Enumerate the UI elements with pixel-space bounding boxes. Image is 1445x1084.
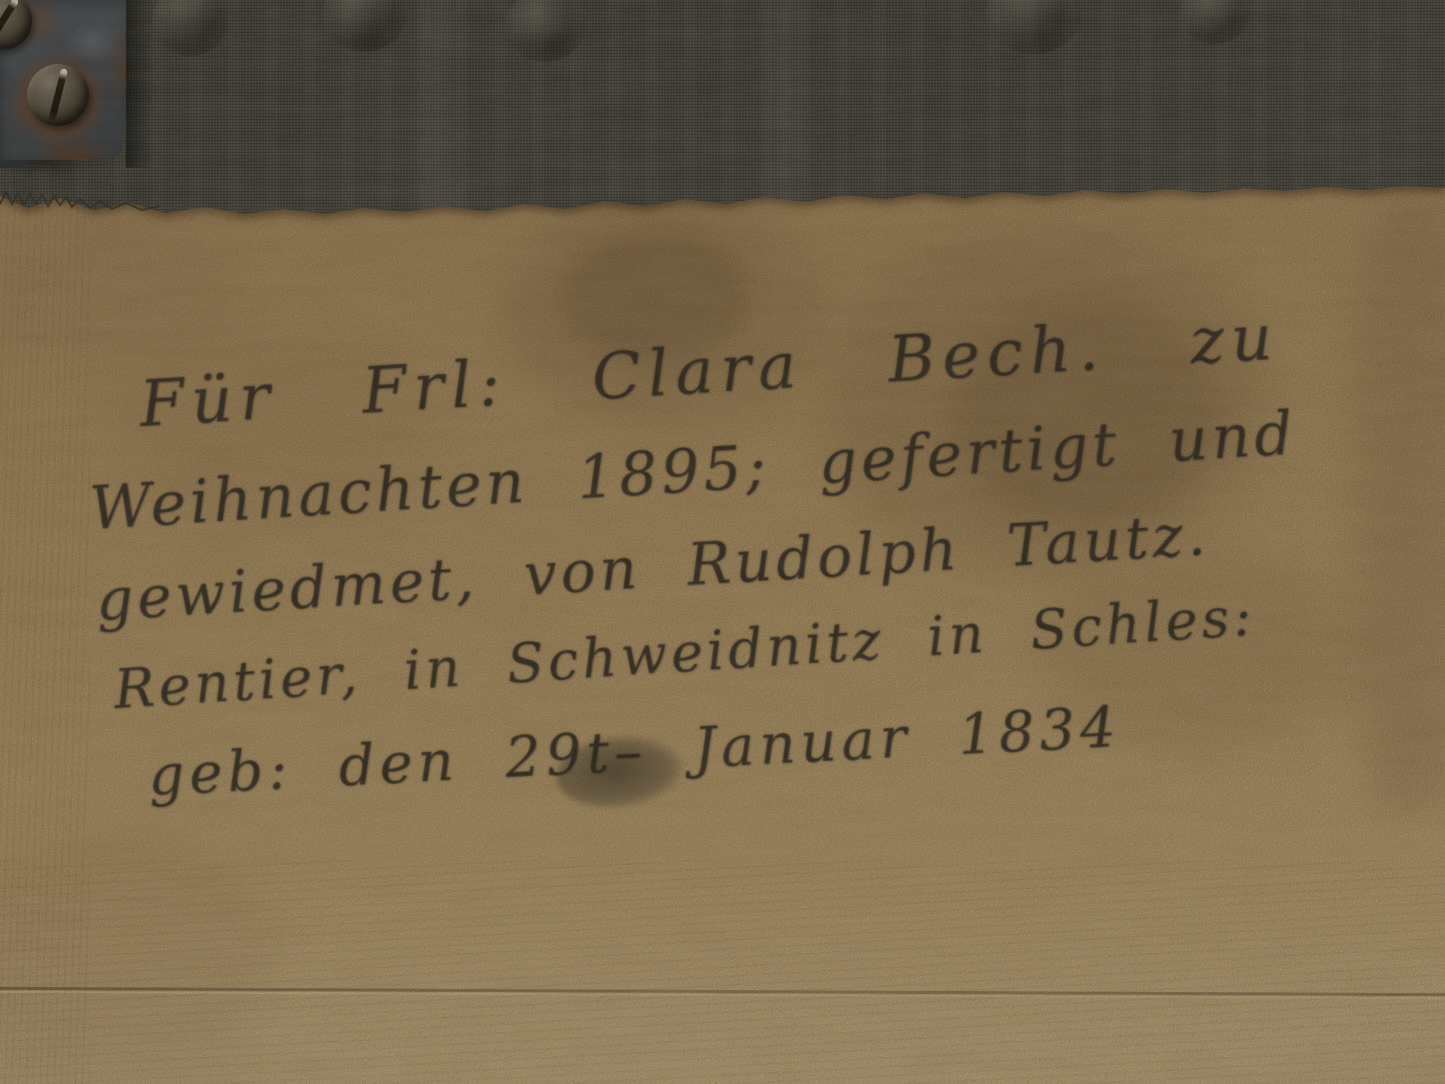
fabric-bump <box>985 0 1081 54</box>
canvas-fabric-band <box>0 0 1445 240</box>
canvas-fabric-weave <box>0 0 1445 240</box>
screw-head <box>27 64 89 126</box>
fabric-sheen <box>408 0 468 240</box>
screw-slot <box>48 68 68 123</box>
photo-of-inscription-label: Für Frl: Clara Bech. zu Weihnachten 1895… <box>0 0 1445 1084</box>
fabric-bump <box>505 0 585 62</box>
paper-bottom-texture <box>0 860 1445 1084</box>
fabric-bump <box>1180 0 1250 44</box>
paper-left-texture <box>0 200 90 1084</box>
fabric-sheen <box>760 0 810 240</box>
metal-plate-bottom-shadow <box>0 160 150 200</box>
screw-slot <box>0 0 19 44</box>
fabric-bump <box>322 0 406 52</box>
metal-plate-shadow <box>126 0 152 168</box>
fabric-bump <box>152 0 228 56</box>
